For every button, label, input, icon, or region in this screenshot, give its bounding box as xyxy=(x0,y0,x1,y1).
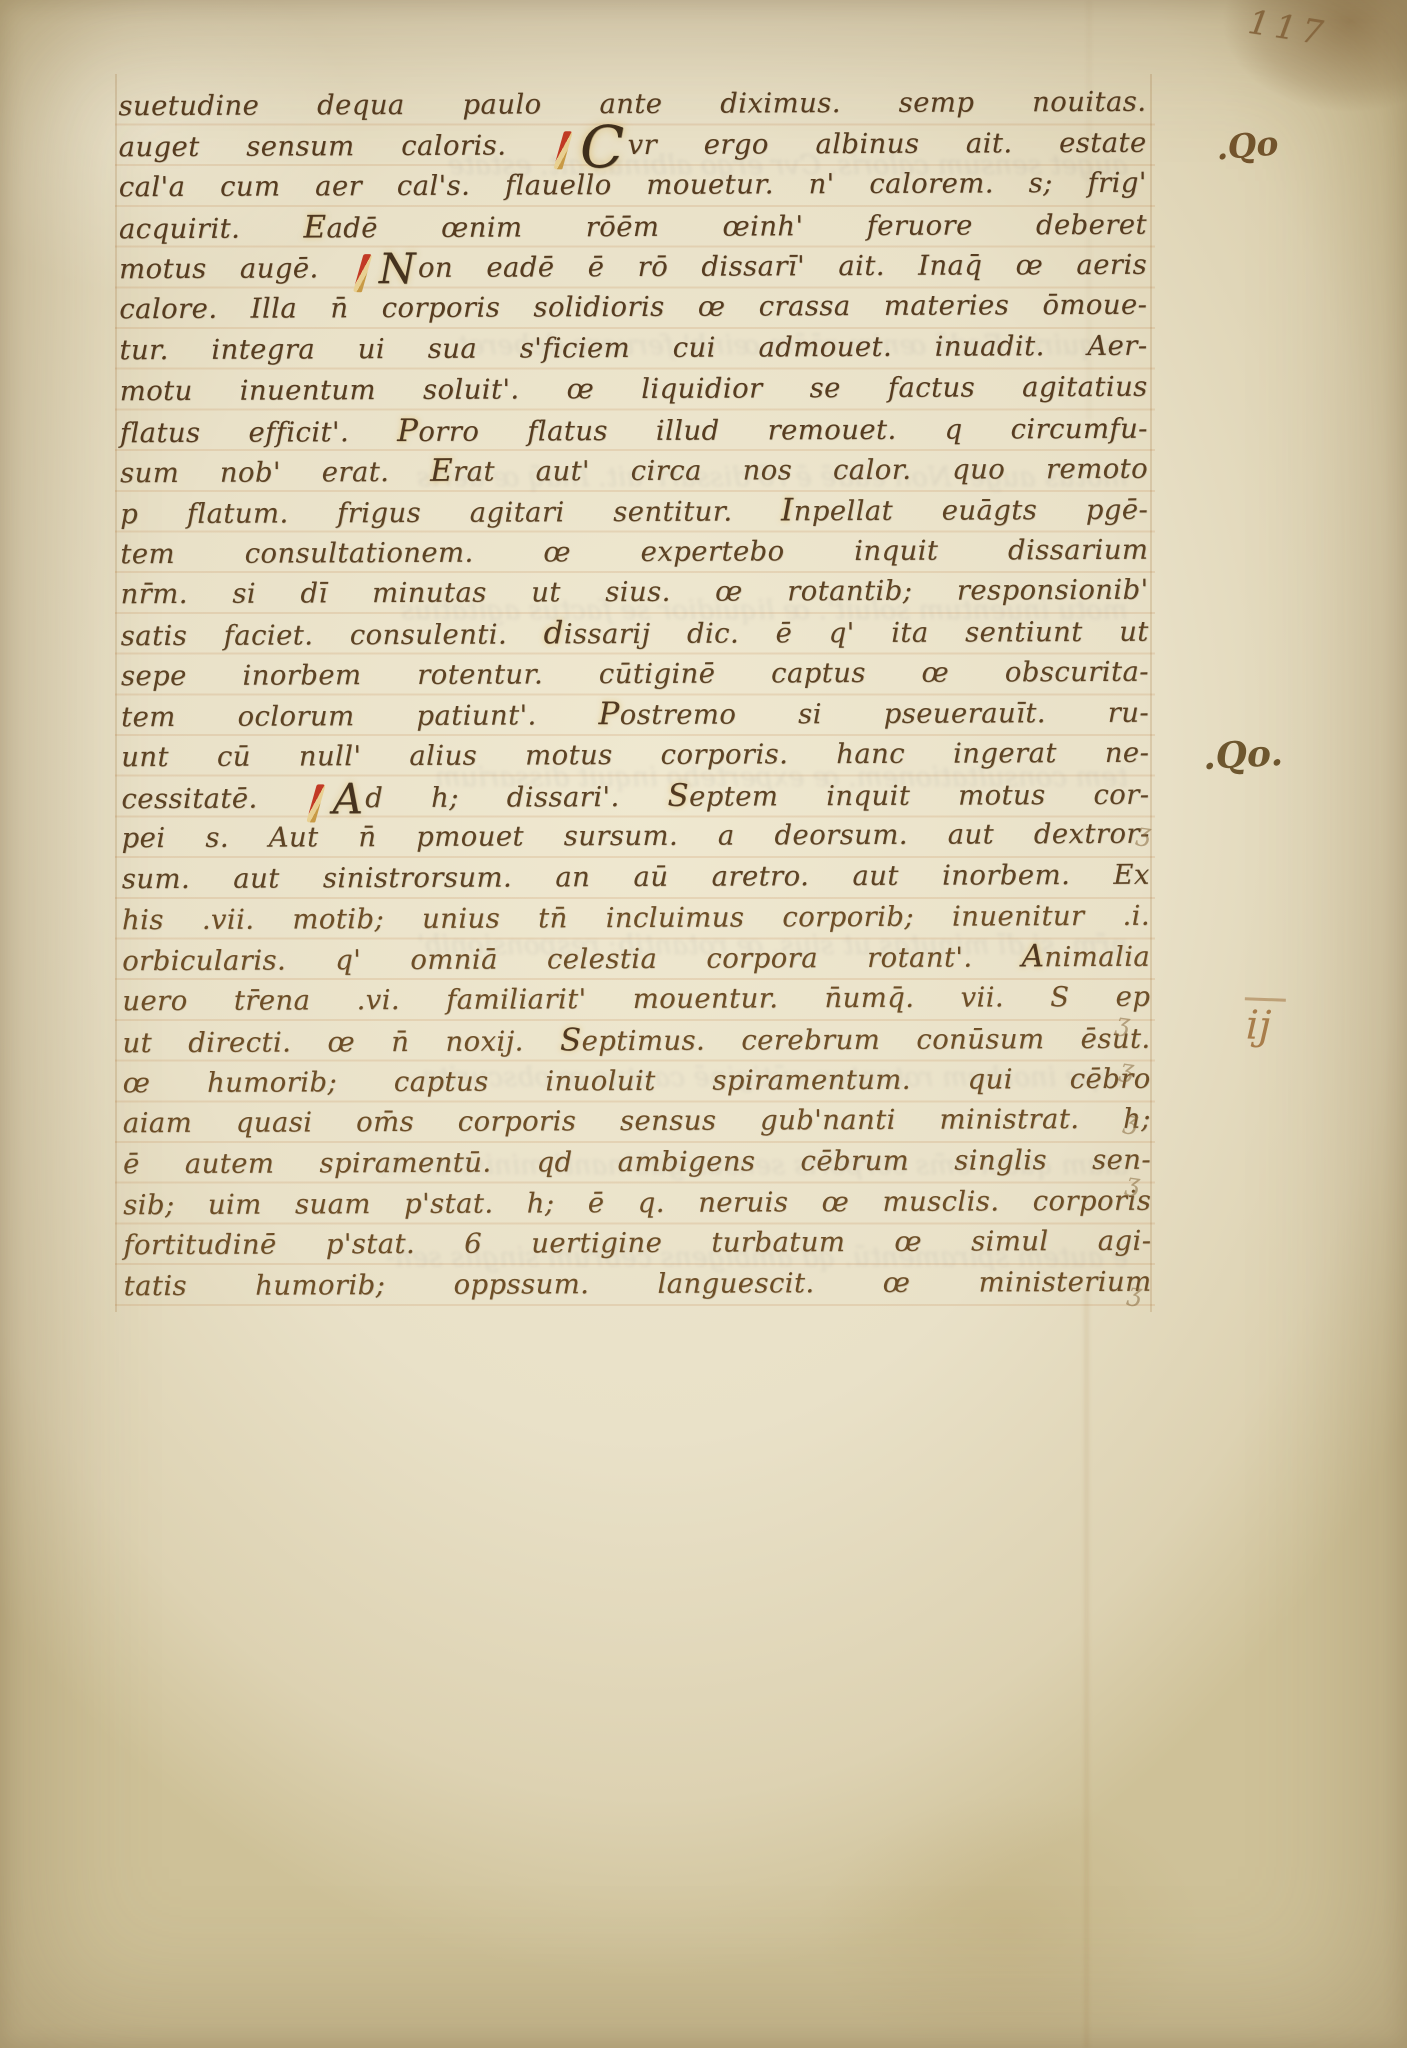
paraph-mark-icon xyxy=(306,784,326,822)
paraph-mark-icon xyxy=(353,254,373,292)
text-segment: nr̄m. si dī minutas ut sius. œ rotantib;… xyxy=(120,574,1148,610)
highlighted-capital: I xyxy=(781,492,794,528)
text-segment: uero tr̄ena .vi. familiarit' mouentur. n… xyxy=(122,981,1150,1017)
marginal-mark-numeral: ij xyxy=(1243,997,1286,1049)
text-segment: sepe inorbem rotentur. cūtiginē captus œ… xyxy=(121,655,1149,691)
text-line: sum. aut sinistrorsum. an aū aretro. aut… xyxy=(122,855,1150,900)
text-segment: issarij dic. ē q' ita sentiunt ut xyxy=(564,616,1149,651)
text-line: tur. integra ui sua s'ficiem cui admouet… xyxy=(119,326,1147,371)
text-segment: his .vii. motib; unius tn̄ incluimus cor… xyxy=(122,900,1150,936)
text-line: sum nob' erat. Erat aut' circa nos calor… xyxy=(120,448,1148,493)
text-segment: calore. Illa n̄ corporis solidioris œ cr… xyxy=(119,289,1147,325)
text-line: tem consultationem. œ expertebo inquit d… xyxy=(120,529,1148,574)
text-line: motu inuentum soluit'. œ liquidior se fa… xyxy=(120,367,1148,412)
text-line: calore. Illa n̄ corporis solidioris œ cr… xyxy=(119,285,1147,330)
manuscript-page-photo: { "page": { "folio_number": "117", "marg… xyxy=(0,0,1407,2048)
text-segment: p flatum. frigus agitari sentitur. xyxy=(120,495,781,530)
text-segment: pei s. Aut n̄ pmouet sursum. a deorsum. … xyxy=(122,818,1150,854)
text-line: pei s. Aut n̄ pmouet sursum. a deorsum. … xyxy=(122,814,1150,859)
text-line: acquirit. Eadē œnim rōēm œinh' feruore d… xyxy=(119,204,1147,249)
initial-letter: A xyxy=(332,774,363,823)
text-segment: auget sensum caloris. xyxy=(119,129,553,163)
text-segment: rat aut' circa nos calor. quo remoto xyxy=(453,453,1148,488)
highlighted-capital: d xyxy=(543,615,563,651)
text-line: œ humorib; captus inuoluit spiramentum. … xyxy=(123,1058,1151,1103)
text-line: flatus efficit'. Porro flatus illud remo… xyxy=(120,407,1148,452)
text-line: unt cū null' alius motus corporis. hanc … xyxy=(121,733,1149,778)
text-line: motus augē. Non eadē ē rō dissarī' ait. … xyxy=(119,245,1147,290)
text-line: p flatum. frigus agitari sentitur. Inpel… xyxy=(120,489,1148,534)
text-segment: suetudine dequa paulo ante diximus. semp… xyxy=(118,86,1146,122)
text-segment: adē œnim rōēm œinh' feruore deberet xyxy=(326,209,1147,245)
text-line: tem oclorum patiunt'. Postremo si pseuer… xyxy=(121,692,1149,737)
marginal-mark-quire: .Qo. xyxy=(1202,732,1284,778)
text-segment: tem consultationem. œ expertebo inquit d… xyxy=(120,533,1148,569)
text-line: cessitatē. Ad h; dissari'. Septem inquit… xyxy=(121,773,1149,818)
highlighted-capital: P xyxy=(598,696,619,732)
text-segment: cessitatē. xyxy=(121,782,305,815)
text-segment: d h; dissari'. xyxy=(365,781,667,814)
text-segment: orro flatus illud remouet. q circumfu- xyxy=(418,412,1148,447)
text-line: ut directi. œ n̄ noxij. Septimus. cerebr… xyxy=(122,1018,1150,1063)
text-segment: fortitudinē p'stat. 6 uertigine turbatum… xyxy=(123,1225,1151,1261)
highlighted-capital: S xyxy=(560,1022,582,1058)
text-line: ē autem spiramentū. qd ambigens cēbrum s… xyxy=(123,1140,1151,1185)
marginal-mark-quire: .Qo xyxy=(1214,123,1279,167)
text-line: uero tr̄ena .vi. familiarit' mouentur. n… xyxy=(122,977,1150,1022)
highlighted-capital: P xyxy=(397,412,418,448)
text-segment: eptimus. cerebrum conūsum ēsut. xyxy=(582,1023,1151,1057)
text-segment: unt cū null' alius motus corporis. hanc … xyxy=(121,737,1149,773)
text-segment: acquirit. xyxy=(119,213,304,246)
text-segment: cal'a cum aer cal's. flauello mouetur. n… xyxy=(119,167,1147,203)
manuscript-text: suetudine dequa paulo ante diximus. semp… xyxy=(118,82,1151,1307)
text-segment: ostremo si pseuerauīt. ru- xyxy=(620,697,1149,731)
text-segment: on eadē ē rō dissarī' ait. Inaq̄ œ aeris xyxy=(418,249,1147,284)
text-line: suetudine dequa paulo ante diximus. semp… xyxy=(118,82,1146,127)
text-line: tatis humorib; oppssum. languescit. œ mi… xyxy=(123,1262,1151,1307)
parchment-crease xyxy=(1085,1290,1088,2048)
folio-number: 117 xyxy=(1245,2,1331,53)
text-segment: sum nob' erat. xyxy=(120,456,430,489)
text-segment: aiam quasi om̄s corporis sensus gub'nant… xyxy=(123,1103,1151,1139)
paraph-mark-icon xyxy=(554,131,574,169)
flourish-mark: ʒ xyxy=(1126,1277,1144,1308)
text-segment: tem oclorum patiunt'. xyxy=(121,699,599,733)
text-segment: ē autem spiramentū. qd ambigens cēbrum s… xyxy=(123,1144,1151,1180)
text-segment: nimalia xyxy=(1044,941,1150,973)
text-segment: sib; uim suam p'stat. h; ē q. neruis œ m… xyxy=(123,1184,1151,1220)
text-line: his .vii. motib; unius tn̄ incluimus cor… xyxy=(122,896,1150,941)
text-line: sib; uim suam p'stat. h; ē q. neruis œ m… xyxy=(123,1180,1151,1225)
text-line: orbicularis. q' omniā celestia corpora r… xyxy=(122,936,1150,981)
text-segment: orbicularis. q' omniā celestia corpora r… xyxy=(122,942,1022,978)
highlighted-capital: S xyxy=(667,777,689,813)
text-segment: ut directi. œ n̄ noxij. xyxy=(122,1025,560,1059)
margin-ruling-left xyxy=(115,74,117,1312)
text-line: nr̄m. si dī minutas ut sius. œ rotantib;… xyxy=(120,570,1148,615)
text-segment: motu inuentum soluit'. œ liquidior se fa… xyxy=(120,371,1148,407)
text-segment: eptem inquit motus cor- xyxy=(689,778,1150,812)
text-line: fortitudinē p'stat. 6 uertigine turbatum… xyxy=(123,1221,1151,1266)
text-segment: sum. aut sinistrorsum. an aū aretro. aut… xyxy=(122,859,1150,895)
text-line: sepe inorbem rotentur. cūtiginē captus œ… xyxy=(121,651,1149,696)
text-line: cal'a cum aer cal's. flauello mouetur. n… xyxy=(119,163,1147,208)
text-segment: satis faciet. consulenti. xyxy=(121,618,544,652)
text-segment: œ humorib; captus inuoluit spiramentum. … xyxy=(123,1062,1151,1098)
text-segment: flatus efficit'. xyxy=(120,416,397,449)
text-line: auget sensum caloris. Cvr ergo albinus a… xyxy=(119,122,1147,167)
text-segment: npellat euāgts pgē- xyxy=(794,494,1149,528)
text-segment: tatis humorib; oppssum. languescit. œ mi… xyxy=(124,1266,1152,1302)
text-line: aiam quasi om̄s corporis sensus gub'nant… xyxy=(123,1099,1151,1144)
text-segment: vr ergo albinus ait. estate xyxy=(628,126,1147,160)
highlighted-capital: E xyxy=(303,209,326,245)
text-segment: tur. integra ui sua s'ficiem cui admouet… xyxy=(119,330,1147,366)
text-segment: motus augē. xyxy=(119,252,352,285)
highlighted-capital: A xyxy=(1022,939,1045,975)
initial-letter: N xyxy=(379,244,416,293)
text-line: satis faciet. consulenti. dissarij dic. … xyxy=(121,611,1149,656)
highlighted-capital: E xyxy=(430,453,453,489)
